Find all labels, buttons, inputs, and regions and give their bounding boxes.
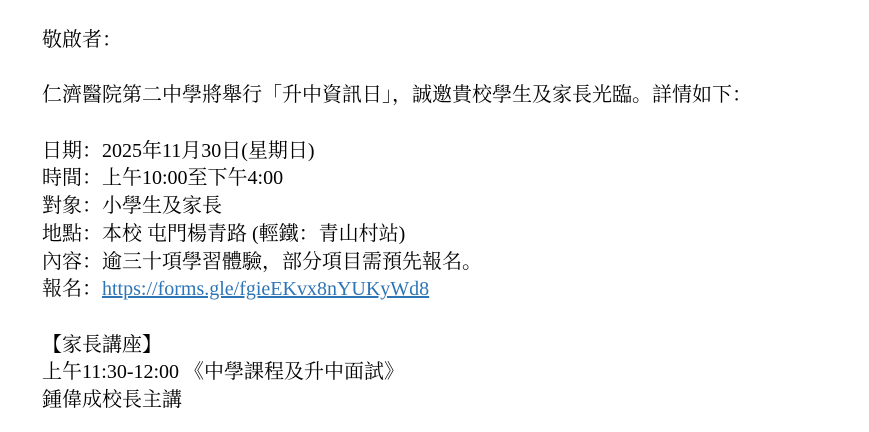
- detail-row-content: 內容：逾三十項學習體驗，部分項目需預先報名。: [42, 249, 849, 277]
- detail-row-audience: 對象：小學生及家長: [42, 193, 849, 221]
- detail-label-venue: 地點：: [42, 223, 102, 245]
- detail-value-date: 2025年11月30日(星期日): [102, 140, 315, 162]
- registration-label: 報名：: [42, 278, 102, 300]
- detail-label-date: 日期：: [42, 140, 102, 162]
- detail-value-time: 上午10:00至下午4:00: [102, 167, 283, 189]
- salutation: 敬啟者：: [42, 27, 849, 55]
- detail-label-audience: 對象：: [42, 195, 102, 217]
- detail-label-time: 時間：: [42, 167, 102, 189]
- detail-row-venue: 地點：本校 屯門楊青路 (輕鐵：青山村站): [42, 221, 849, 249]
- salutation-text: 敬啟者：: [42, 29, 122, 51]
- detail-value-audience: 小學生及家長: [102, 195, 222, 217]
- parent-lecture-section: 【家長講座】 上午11:30-12:00 《中學課程及升中面試》 鍾偉成校長主講: [42, 332, 849, 415]
- detail-row-registration: 報名：https://forms.gle/fgieEKvx8nYUKyWd8: [42, 276, 849, 304]
- lecture-time-topic: 上午11:30-12:00 《中學課程及升中面試》: [42, 359, 849, 387]
- detail-row-time: 時間：上午10:00至下午4:00: [42, 165, 849, 193]
- event-details: 日期：2025年11月30日(星期日) 時間：上午10:00至下午4:00 對象…: [42, 138, 849, 304]
- letter-body: 敬啟者： 仁濟醫院第二中學將舉行「升中資訊日」，誠邀貴校學生及家長光臨。詳情如下…: [0, 0, 869, 415]
- detail-row-date: 日期：2025年11月30日(星期日): [42, 138, 849, 166]
- intro-text: 仁濟醫院第二中學將舉行「升中資訊日」，誠邀貴校學生及家長光臨。詳情如下：: [42, 84, 752, 106]
- registration-link[interactable]: https://forms.gle/fgieEKvx8nYUKyWd8: [102, 278, 429, 300]
- lecture-heading: 【家長講座】: [42, 332, 849, 360]
- detail-value-venue: 本校 屯門楊青路 (輕鐵：青山村站): [102, 223, 405, 245]
- lecture-speaker: 鍾偉成校長主講: [42, 387, 849, 415]
- intro-paragraph: 仁濟醫院第二中學將舉行「升中資訊日」，誠邀貴校學生及家長光臨。詳情如下：: [42, 82, 849, 110]
- detail-label-content: 內容：: [42, 251, 102, 273]
- detail-value-content: 逾三十項學習體驗，部分項目需預先報名。: [102, 251, 482, 273]
